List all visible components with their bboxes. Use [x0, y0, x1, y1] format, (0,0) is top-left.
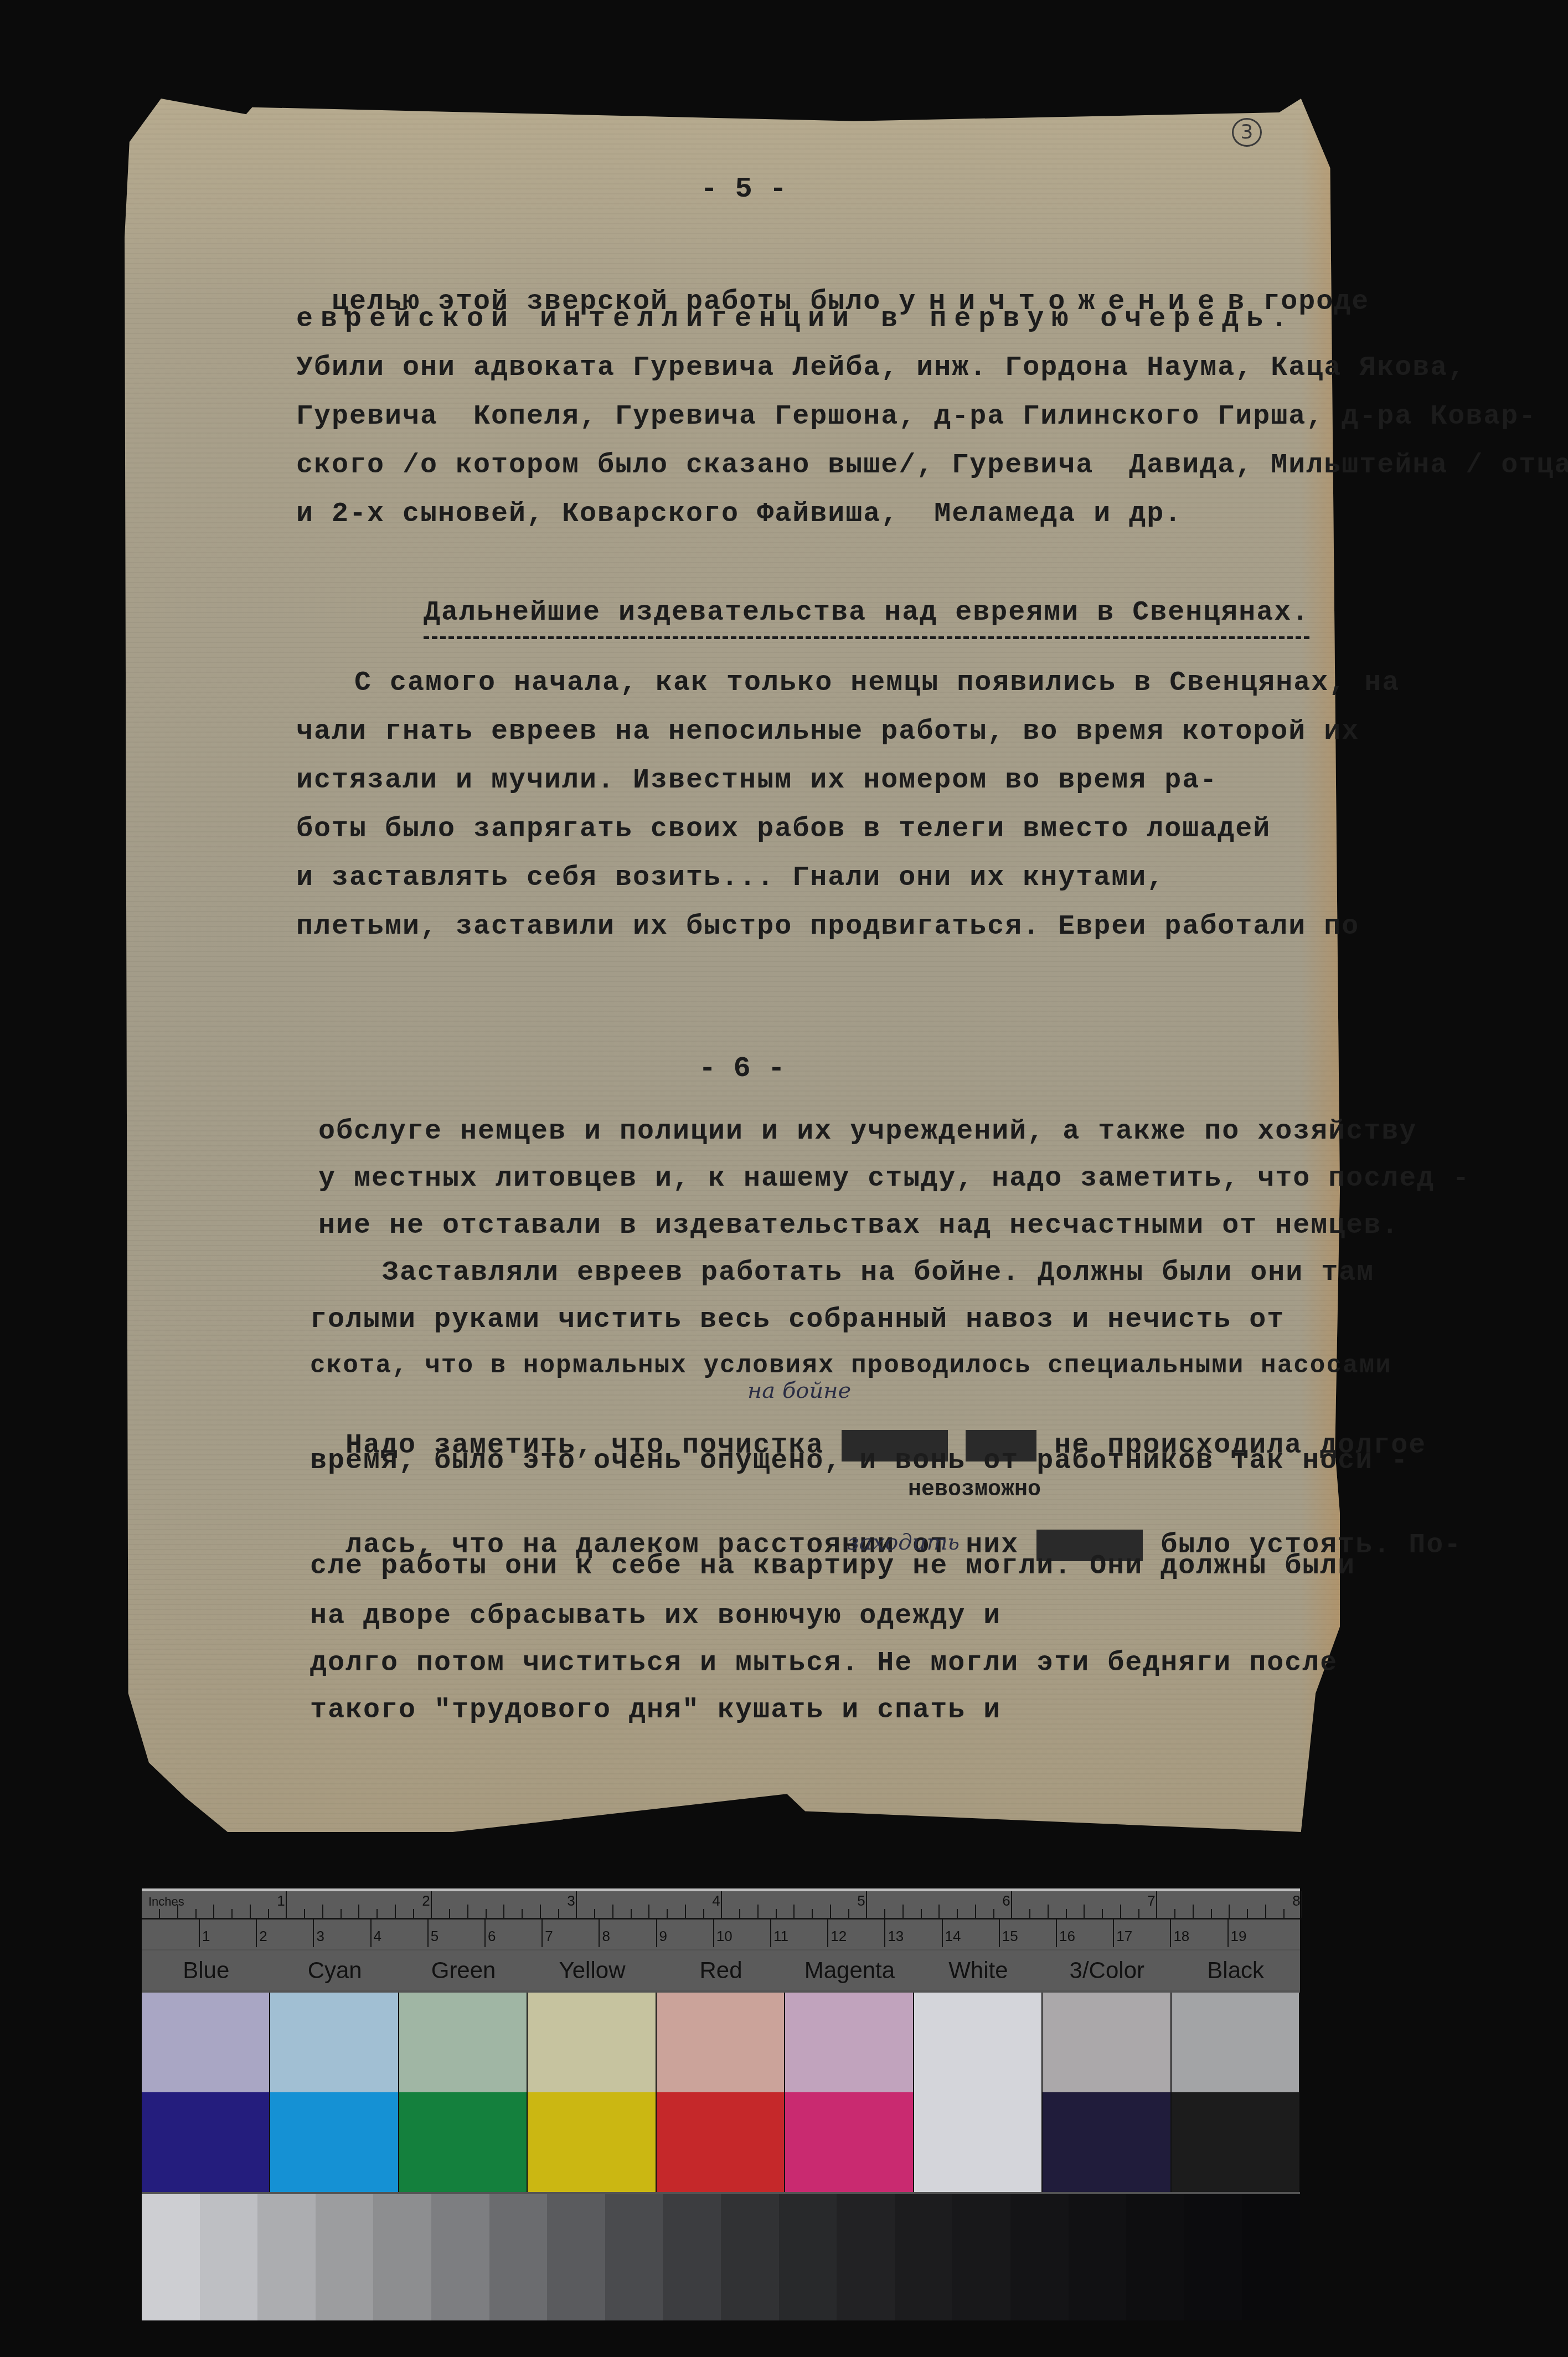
ruler-tick [395, 1905, 396, 1918]
gray-step [431, 2194, 489, 2320]
ruler-tick [1211, 1909, 1212, 1918]
ruler-tick [427, 1919, 429, 1947]
text-line: Заставляли евреев работать на бойне. Дол… [382, 1257, 1374, 1289]
ruler-tick [685, 1905, 686, 1918]
gray-step [489, 2194, 548, 2320]
text-line: такого "трудового дня" кушать и спать и [310, 1695, 1001, 1726]
text-line: Убили они адвоката Гуревича Лейба, инж. … [296, 352, 1466, 384]
ruler-tick [304, 1909, 305, 1918]
ruler-tick [1174, 1909, 1175, 1918]
gray-step [895, 2194, 953, 2320]
ruler-tick [812, 1909, 813, 1918]
gray-step [779, 2194, 837, 2320]
ruler-tick [942, 1919, 943, 1947]
cm-number: 5 [431, 1928, 439, 1945]
ruler-tick [313, 1919, 314, 1947]
ruler-tick [1283, 1909, 1285, 1918]
ruler-tick [999, 1919, 1000, 1947]
text-line: долго потом чиститься и мыться. Не могли… [310, 1648, 1338, 1679]
gray-step [721, 2194, 779, 2320]
gray-step [1010, 2194, 1069, 2320]
ruler-tick [599, 1919, 600, 1947]
ruler-tick [884, 1919, 885, 1947]
ruler-tick [159, 1909, 160, 1918]
color-patch [785, 1993, 914, 2092]
text-line: обслуге немцев и полиции и их учреждений… [318, 1116, 1417, 1147]
gray-step [837, 2194, 895, 2320]
ruler-tick [576, 1891, 577, 1918]
text-line: голыми руками чистить весь собранный нав… [310, 1304, 1285, 1336]
cm-number: 17 [1116, 1928, 1132, 1945]
ruler-tick [757, 1905, 759, 1918]
ruler-tick [1170, 1919, 1171, 1947]
cm-number: 10 [716, 1928, 733, 1945]
ruler-tick [376, 1909, 378, 1918]
ruler-tick [975, 1905, 976, 1918]
inch-number: 6 [1002, 1892, 1010, 1910]
gray-step [316, 2194, 374, 2320]
ruler-tick [1084, 1905, 1085, 1918]
cm-number: 13 [888, 1928, 904, 1945]
patch-label: Cyan [270, 1951, 399, 1990]
ruler-tick [921, 1909, 922, 1918]
ruler-midline [142, 1918, 1300, 1919]
ruler-tick [1193, 1905, 1194, 1918]
ruler-tick [1227, 1919, 1229, 1947]
cm-number: 7 [545, 1928, 553, 1945]
ruler-tick [484, 1919, 486, 1947]
patch-label: 3/Color [1043, 1951, 1171, 1990]
text-line: истязали и мучили. Известным их номером … [296, 765, 1218, 796]
inch-number: 2 [422, 1892, 430, 1910]
patch-label: Yellow [528, 1951, 656, 1990]
ruler-tick [884, 1909, 885, 1918]
text-line: и 2-х сыновей, Коварского Файвиша, Мелам… [296, 498, 1182, 530]
cm-number: 15 [1002, 1928, 1018, 1945]
cm-number: 11 [773, 1928, 788, 1945]
inch-number: 7 [1147, 1892, 1155, 1910]
cm-number: 4 [374, 1928, 381, 1945]
color-patch [1043, 1993, 1171, 2092]
ruler-tick [358, 1905, 359, 1918]
ruler-tick [540, 1905, 541, 1918]
color-patch [270, 1993, 399, 2092]
color-patch [399, 1993, 528, 2092]
cm-number: 8 [602, 1928, 610, 1945]
patch-label: Green [399, 1951, 528, 1990]
ruler-tick [770, 1919, 771, 1947]
cm-number: 14 [945, 1928, 961, 1945]
ruler-tick [413, 1909, 414, 1918]
ruler-tick [1247, 1909, 1248, 1918]
ruler-tick [830, 1905, 831, 1918]
color-patch [528, 1993, 656, 2092]
text-line: и заставлять себя возить... Гнали они их… [296, 862, 1164, 894]
text-line: С самого начала, как только немцы появил… [354, 667, 1400, 699]
ruler-tick [993, 1909, 994, 1918]
ruler-tick [486, 1909, 487, 1918]
gray-step [1242, 2194, 1300, 2320]
cm-number: 3 [316, 1928, 324, 1945]
text-line: боты было запрягать своих рабов в телеги… [296, 814, 1271, 845]
text-line: у местных литовцев и, к нашему стыду, на… [318, 1163, 1470, 1195]
patch-label: White [914, 1951, 1043, 1990]
color-patch [1043, 2092, 1171, 2192]
ruler-tick [199, 1919, 200, 1947]
gray-step [1069, 2194, 1127, 2320]
gray-step [605, 2194, 663, 2320]
text-line: ского /о котором было сказано выше/, Гур… [296, 450, 1568, 481]
gray-step [547, 2194, 605, 2320]
ruler-tick [1301, 1891, 1302, 1918]
color-patch [142, 2092, 270, 2192]
color-patch [270, 2092, 399, 2192]
text-line: на дворе сбрасывать их вонючую одежду и [310, 1601, 1001, 1632]
ruler-tick [522, 1909, 523, 1918]
patch-label: Black [1172, 1951, 1300, 1990]
cm-number: 18 [1173, 1928, 1189, 1945]
ruler-tick [177, 1905, 178, 1918]
color-patch [142, 1993, 270, 2092]
ruler-tick [1056, 1919, 1057, 1947]
ruler-tick [250, 1905, 251, 1918]
color-patch [914, 2092, 1043, 2192]
ruler-tick [231, 1909, 233, 1918]
handwritten-insertion: заходить [847, 1530, 960, 1555]
ruler-tick [739, 1909, 740, 1918]
ruler-tick [902, 1905, 904, 1918]
ruler-tick [431, 1891, 432, 1918]
ruler-tick [503, 1905, 504, 1918]
ruler-tick [866, 1891, 867, 1918]
ruler-tick [1029, 1909, 1030, 1918]
ruler-tick [1138, 1909, 1139, 1918]
inch-number: 3 [567, 1892, 575, 1910]
ruler-tick [938, 1905, 940, 1918]
ruler-tick [656, 1919, 657, 1947]
gray-step [1184, 2194, 1242, 2320]
text-line: еврейской интеллигенции в первую очередь… [296, 303, 1295, 335]
ruler-tick [341, 1909, 342, 1918]
color-patch [1172, 1993, 1300, 2092]
ruler-tick [667, 1909, 668, 1918]
text-line: сле работы они к себе на квартиру не мог… [310, 1551, 1355, 1582]
patch-label: Magenta [785, 1951, 914, 1990]
patch-label: Blue [142, 1951, 270, 1990]
ruler: Inches 123456781234567891011121314151617… [142, 1888, 1300, 1949]
ruler-tick [1011, 1891, 1012, 1918]
text-line: Гуревича Копеля, Гуревича Гершона, д-ра … [296, 401, 1536, 433]
dark-color-patches [142, 2092, 1300, 2192]
gray-step [663, 2194, 721, 2320]
ruler-tick [957, 1909, 958, 1918]
ruler-tick [322, 1905, 323, 1918]
color-patch [785, 2092, 914, 2192]
page-number-5: - 5 - [700, 173, 787, 205]
ruler-tick [594, 1909, 595, 1918]
color-patch [914, 1993, 1043, 2092]
color-patch [1172, 2092, 1300, 2192]
ruler-tick [541, 1919, 543, 1947]
ruler-tick [721, 1891, 722, 1918]
page-number-6: - 6 - [699, 1052, 785, 1085]
inch-number: 1 [277, 1892, 285, 1910]
ruler-tick [848, 1909, 849, 1918]
ruler-tick [612, 1905, 613, 1918]
typed-insertion: невозможно [908, 1478, 1041, 1502]
inch-number: 4 [712, 1892, 720, 1910]
ruler-tick [1066, 1909, 1067, 1918]
cm-number: 2 [259, 1928, 267, 1945]
light-color-patches [142, 1993, 1300, 2092]
handwritten-insertion: на бойне [747, 1378, 851, 1403]
color-patch [657, 2092, 785, 2192]
color-calibration-target: Inches 123456781234567891011121314151617… [142, 1888, 1300, 2320]
archive-page-mark: 3 [1232, 118, 1262, 147]
ruler-tick [1102, 1909, 1103, 1918]
ruler-tick [648, 1905, 649, 1918]
text-line: плетьми, заставили их быстро продвигатьс… [296, 911, 1359, 943]
ruler-tick [558, 1909, 559, 1918]
text-line: чали гнать евреев на непосильные работы,… [296, 716, 1359, 748]
ruler-tick [713, 1919, 714, 1947]
ruler-tick [793, 1905, 795, 1918]
gray-step [952, 2194, 1010, 2320]
ruler-tick [1048, 1905, 1049, 1918]
ruler-tick [703, 1909, 704, 1918]
grayscale-steps [142, 2194, 1300, 2320]
gray-step [200, 2194, 258, 2320]
ruler-tick [286, 1891, 287, 1918]
cm-number: 1 [202, 1928, 210, 1945]
ruler-tick [776, 1909, 777, 1918]
inch-number: 8 [1292, 1892, 1300, 1910]
color-patch [657, 1993, 785, 2092]
gray-step [1126, 2194, 1184, 2320]
patch-labels: Blue Cyan Green Yellow Red Magenta White… [142, 1951, 1300, 1990]
ruler-tick [1265, 1905, 1266, 1918]
cm-number: 9 [659, 1928, 667, 1945]
text-line: ние не отставали в издевательствах над н… [318, 1210, 1399, 1242]
text-line: скота, что в нормальных условиях проводи… [310, 1351, 1392, 1380]
ruler-tick [449, 1909, 450, 1918]
ruler-tick [631, 1909, 632, 1918]
cm-number: 16 [1059, 1928, 1075, 1945]
cm-number: 12 [831, 1928, 847, 1945]
color-patch [399, 2092, 528, 2192]
ruler-tick [370, 1919, 372, 1947]
ruler-tick [1156, 1891, 1157, 1918]
gray-step [257, 2194, 316, 2320]
gray-step [142, 2194, 200, 2320]
ruler-tick [827, 1919, 828, 1947]
ruler-tick [1120, 1905, 1121, 1918]
ruler-tick [213, 1905, 214, 1918]
text-line: время, было это очень опущено, и вонь от… [310, 1445, 1409, 1477]
section-heading: Дальнейшие издевательства над евреями в … [424, 597, 1309, 629]
ruler-unit-label: Inches [148, 1895, 184, 1909]
inch-number: 5 [857, 1892, 865, 1910]
ruler-tick [256, 1919, 257, 1947]
ruler-tick [1229, 1905, 1230, 1918]
ruler-tick [1113, 1919, 1114, 1947]
ruler-tick [195, 1909, 197, 1918]
gray-step [373, 2194, 431, 2320]
ruler-tick [467, 1905, 468, 1918]
color-patch [528, 2092, 656, 2192]
cm-number: 6 [488, 1928, 496, 1945]
ruler-tick [268, 1909, 269, 1918]
patch-label: Red [657, 1951, 785, 1990]
cm-number: 19 [1231, 1928, 1247, 1945]
